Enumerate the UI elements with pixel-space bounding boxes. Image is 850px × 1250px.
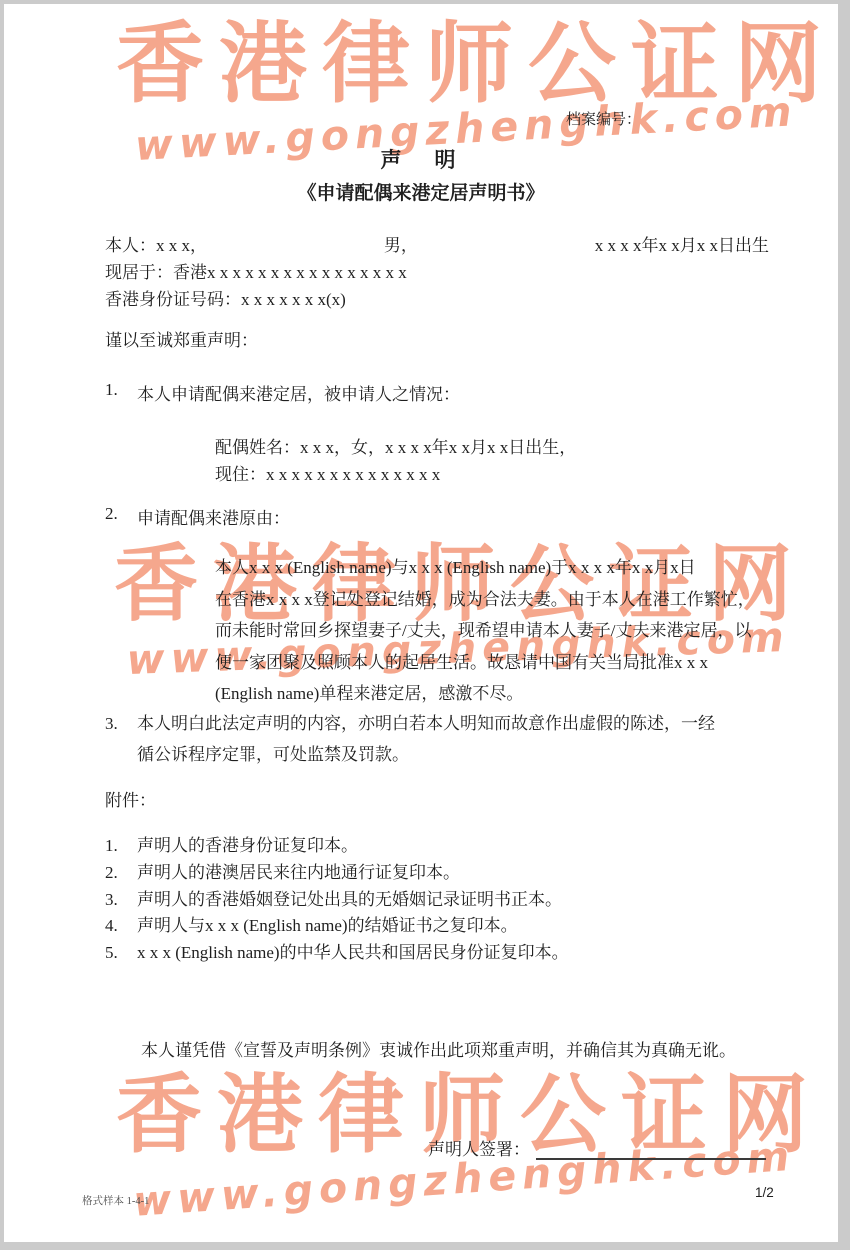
declarant-identity-block: 本人：x x x， 男， x x x x年x x月x x日出生 现居于：香港x … [105,232,769,313]
spouse-name-line: 配偶姓名：x x x，女，x x x x年x x月x x日出生， [215,434,576,461]
attachment-5-number: 5. [105,940,137,967]
declaration-item-2: 2. 申请配偶来港原由： [105,504,769,529]
document-page: 香港律师公证网 www.gongzhenghk.com 香港律师公证网 www.… [4,4,838,1242]
reason-line-3: 而未能时常回乡探望妻子/丈夫，现希望申请本人妻子/丈夫来港定居，以 [215,615,755,647]
attachments-label: 附件： [105,786,156,811]
attachment-4-number: 4. [105,913,137,940]
reason-line-1: 本人x x x (English name)与x x x (English na… [215,552,755,584]
file-number-label: 档案编号： [566,108,641,129]
item-1-text: 本人申请配偶来港定居，被申请人之情况： [137,380,460,405]
spouse-details-block: 配偶姓名：x x x，女，x x x x年x x月x x日出生， 现住：x x … [215,434,576,488]
item-3-line-2: 循公诉程序定罪，可处监禁及罚款。 [137,739,715,770]
document-viewer: { "watermark": { "brand": "香港律师公证网", "ur… [0,0,850,1250]
attachment-2-text: 声明人的港澳居民来往内地通行证复印本。 [137,860,460,887]
declarant-hkid: 香港身份证号码：x x x x x x x(x) [105,286,769,313]
item-3-number: 3. [105,708,137,770]
attachment-1-number: 1. [105,833,137,860]
attachment-3-text: 声明人的香港婚姻登记处出具的无婚姻记录证明书正本。 [137,887,562,914]
document-title: 声 明 [4,144,838,174]
spouse-address-line: 现住：x x x x x x x x x x x x x x [215,461,576,488]
attachment-item: 5. x x x (English name)的中华人民共和国居民身份证复印本。 [105,940,569,967]
declarant-name: 本人：x x x， [105,232,207,259]
item-1-number: 1. [105,380,137,405]
document-content: 档案编号： 声 明 《申请配偶来港定居声明书》 本人：x x x， 男， x x… [4,4,838,1242]
form-code: 格式样本 1-4-1 [82,1193,149,1208]
signature-label: 声明人签署： [428,1135,530,1160]
declarant-birthdate: x x x x年x x月x x日出生 [595,232,769,259]
signature-block: 声明人签署： [428,1135,766,1160]
item-3-line-1: 本人明白此法定声明的内容，亦明白若本人明知而故意作出虚假的陈述，一经 [137,708,715,739]
attachment-2-number: 2. [105,860,137,887]
attachment-item: 1. 声明人的香港身份证复印本。 [105,833,569,860]
declaration-item-3: 3. 本人明白此法定声明的内容，亦明白若本人明知而故意作出虚假的陈述，一经 循公… [105,708,785,770]
signature-line [536,1137,766,1160]
attachment-4-text: 声明人与x x x (English name)的结婚证书之复印本。 [137,913,518,940]
identity-line-1: 本人：x x x， 男， x x x x年x x月x x日出生 [105,232,769,259]
page-number: 1/2 [755,1185,774,1200]
item-2-number: 2. [105,504,137,529]
reason-line-2: 在香港x x x x登记处登记结婚，成为合法夫妻。由于本人在港工作繁忙， [215,584,755,616]
attachment-item: 2. 声明人的港澳居民来往内地通行证复印本。 [105,860,569,887]
declaration-item-1: 1. 本人申请配偶来港定居，被申请人之情况： [105,380,769,405]
declarant-residence: 现居于：香港x x x x x x x x x x x x x x x x [105,259,769,286]
attachments-list: 1. 声明人的香港身份证复印本。 2. 声明人的港澳居民来往内地通行证复印本。 … [105,833,569,967]
oath-intro: 谨以至诚郑重声明： [105,326,258,351]
attachment-item: 3. 声明人的香港婚姻登记处出具的无婚姻记录证明书正本。 [105,887,569,914]
attachment-1-text: 声明人的香港身份证复印本。 [137,833,358,860]
attachment-5-text: x x x (English name)的中华人民共和国居民身份证复印本。 [137,940,569,967]
reason-paragraph: 本人x x x (English name)与x x x (English na… [215,552,755,710]
item-3-text: 本人明白此法定声明的内容，亦明白若本人明知而故意作出虚假的陈述，一经 循公诉程序… [137,708,715,770]
item-2-text: 申请配偶来港原由： [137,504,290,529]
reason-line-5: (English name)单程来港定居，感激不尽。 [215,678,755,710]
attachment-3-number: 3. [105,887,137,914]
document-subtitle: 《申请配偶来港定居声明书》 [4,178,838,205]
declarant-gender: 男， [384,232,418,259]
reason-line-4: 便一家团聚及照顾本人的起居生活。故恳请中国有关当局批准x x x [215,647,755,679]
attachment-item: 4. 声明人与x x x (English name)的结婚证书之复印本。 [105,913,569,940]
closing-statement: 本人谨凭借《宣誓及声明条例》衷诚作出此项郑重声明，并确信其为真确无讹。 [141,1036,736,1061]
